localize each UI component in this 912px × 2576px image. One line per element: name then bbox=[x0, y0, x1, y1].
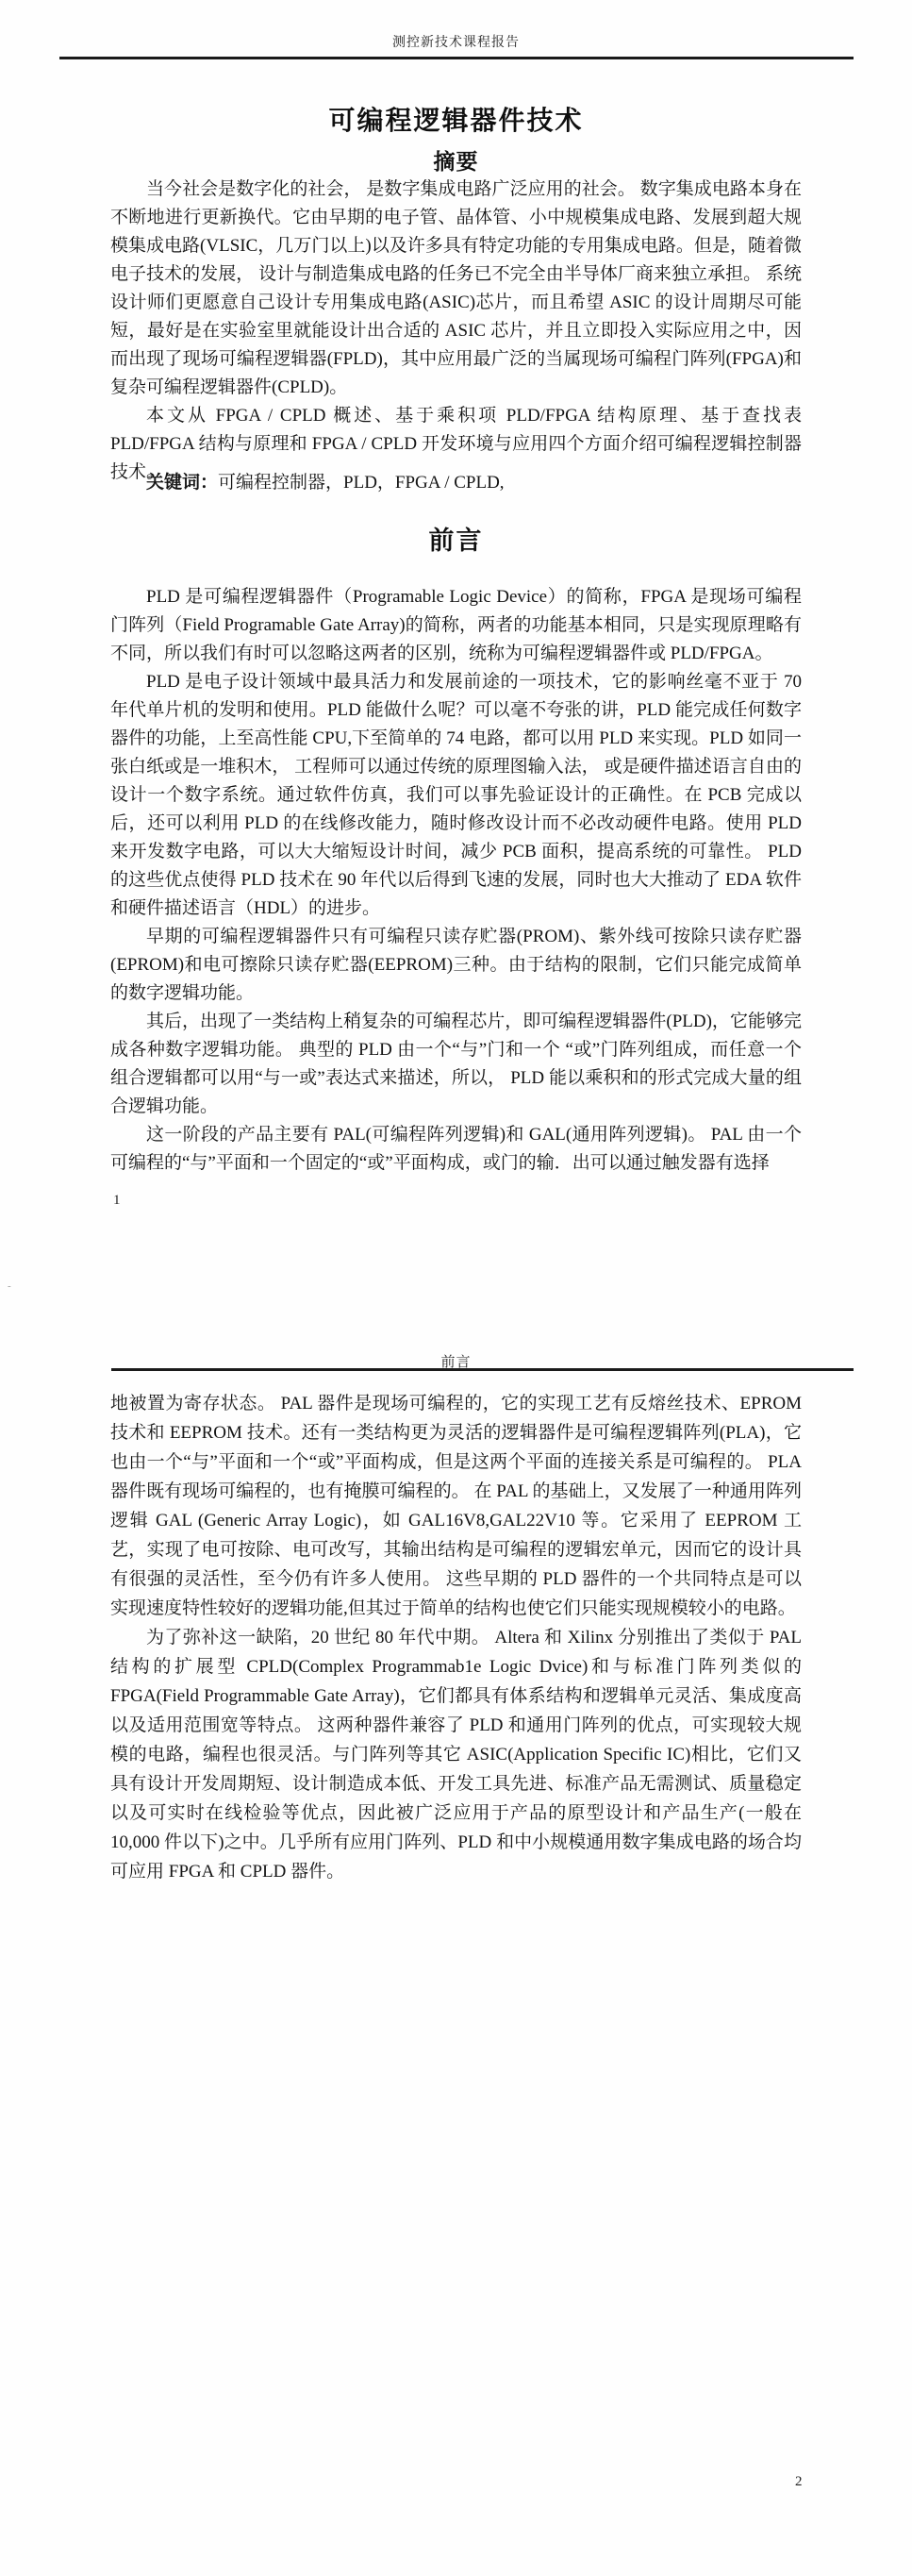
page2-body: 地被置为寄存状态。 PAL 器件是现场可编程的，它的实现工艺有反熔丝技术、EPR… bbox=[110, 1389, 802, 1886]
preface-body: PLD 是可编程逻辑器件（Programable Logic Device）的简… bbox=[110, 583, 802, 1178]
document-title: 可编程逻辑器件技术 bbox=[0, 100, 912, 138]
page2-paragraph: 为了弥补这一缺陷，20 世纪 80 年代中期。 Altera 和 Xilinx … bbox=[110, 1623, 802, 1886]
document-page: 测控新技术课程报告 可编程逻辑器件技术 摘要 当今社会是数字化的社会， 是数字集… bbox=[0, 0, 912, 2576]
abstract-paragraph: 当今社会是数字化的社会， 是数字集成电路广泛应用的社会。 数字集成电路本身在不断… bbox=[110, 176, 802, 402]
page1-page-number: 1 bbox=[113, 1193, 121, 1209]
preface-paragraph: PLD 是可编程逻辑器件（Programable Logic Device）的简… bbox=[110, 583, 802, 668]
abstract-body: 当今社会是数字化的社会， 是数字集成电路广泛应用的社会。 数字集成电路本身在不断… bbox=[110, 176, 802, 487]
preface-paragraph: PLD 是电子设计领域中最具活力和发展前途的一项技术，它的影响丝毫不亚于 70 … bbox=[110, 668, 802, 923]
page2-header-rule bbox=[111, 1368, 854, 1371]
preface-paragraph: 其后，出现了一类结构上稍复杂的可编程芯片，即可编程逻辑器件(PLD)，它能够完成… bbox=[110, 1008, 802, 1121]
page1-running-header: 测控新技术课程报告 bbox=[0, 32, 912, 51]
abstract-heading: 摘要 bbox=[0, 144, 912, 176]
keywords-line: 关键词：可编程控制器，PLD，FPGA / CPLD, bbox=[110, 469, 802, 497]
preface-heading: 前言 bbox=[0, 520, 912, 557]
keywords-value: 可编程控制器，PLD，FPGA / CPLD, bbox=[218, 473, 505, 493]
preface-paragraph: 这一阶段的产品主要有 PAL(可编程阵列逻辑)和 GAL(通用阵列逻辑)。 PA… bbox=[110, 1121, 802, 1178]
page2-page-number: 2 bbox=[795, 2474, 803, 2490]
preface-paragraph: 早期的可编程逻辑器件只有可编程只读存贮器(PROM)、紫外线可按除只读存贮器(E… bbox=[110, 923, 802, 1008]
page2-paragraph: 地被置为寄存状态。 PAL 器件是现场可编程的，它的实现工艺有反熔丝技术、EPR… bbox=[110, 1389, 802, 1623]
keywords-label: 关键词： bbox=[146, 473, 218, 493]
stray-scan-mark: - bbox=[8, 1281, 11, 1292]
page1-header-rule bbox=[59, 57, 854, 59]
